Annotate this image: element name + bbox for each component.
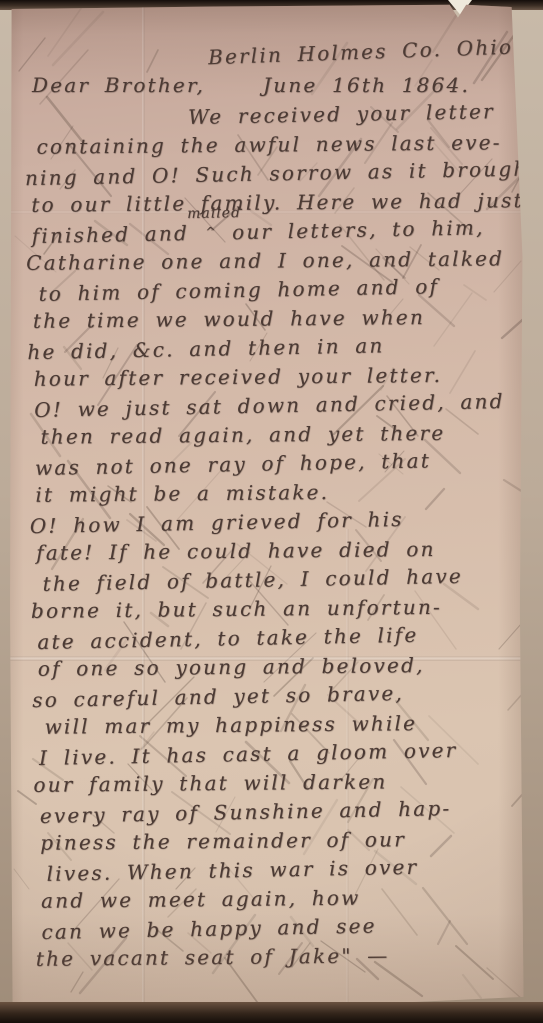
dateline-date: June 16th 1864. bbox=[263, 71, 470, 100]
backdrop-bottom-edge bbox=[0, 1002, 543, 1023]
letter-body: We received your lettercontaining the aw… bbox=[16, 98, 516, 975]
insertion-caret: ^mailed bbox=[203, 219, 217, 239]
dateline-place: Berlin Holmes Co. Ohio. bbox=[208, 33, 511, 73]
letter-photo: Berlin Holmes Co. Ohio. Dear Brother, Ju… bbox=[0, 0, 543, 1023]
salutation-date-row: Dear Brother, June 16th 1864. bbox=[22, 71, 510, 100]
handwritten-text: Berlin Holmes Co. Ohio. Dear Brother, Ju… bbox=[8, 4, 524, 1014]
letter-paper: Berlin Holmes Co. Ohio. Dear Brother, Ju… bbox=[8, 4, 524, 1014]
inserted-word: mailed bbox=[187, 199, 241, 229]
salutation: Dear Brother, bbox=[32, 71, 205, 100]
letter-line: the vacant seat of Jake" — bbox=[28, 940, 516, 974]
